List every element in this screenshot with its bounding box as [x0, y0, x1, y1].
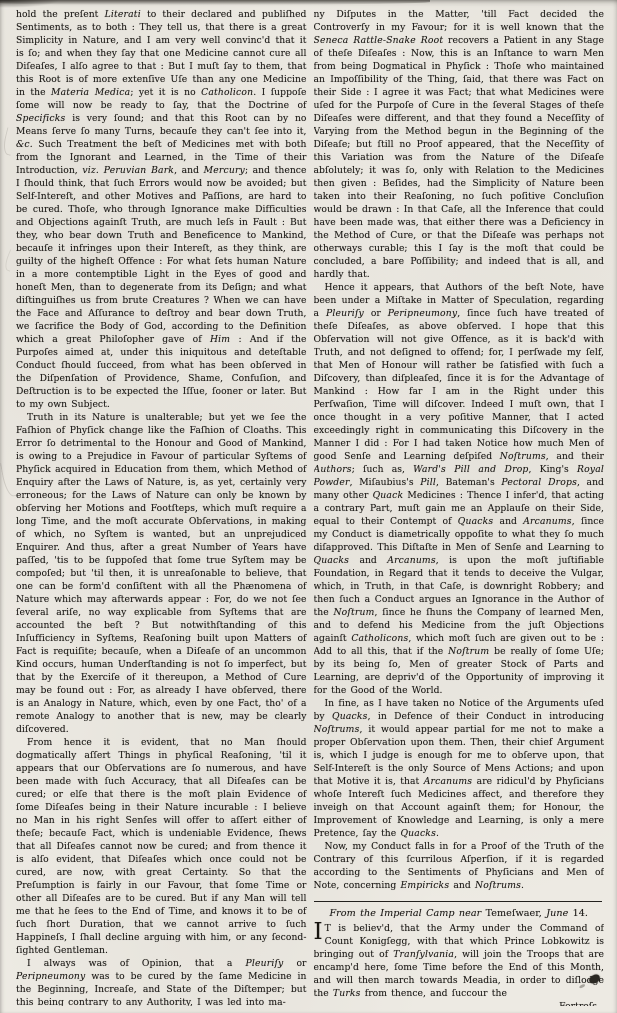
paragraph: Hence it appears, that Authors of the be… — [314, 281, 605, 697]
paragraph: IT is believ'd, that the Army under the … — [314, 922, 605, 1000]
newspaper-page-scan: hold the preſent Literati to their decla… — [0, 0, 617, 1013]
two-column-text-area: hold the preſent Literati to their decla… — [0, 0, 617, 1006]
catchword: Fortreſs — [314, 1000, 605, 1006]
paragraph: hold the preſent Literati to their decla… — [16, 8, 307, 411]
dateline-heading: From the Imperial Camp near Temeſwaer, J… — [314, 907, 605, 920]
left-column: hold the preſent Literati to their decla… — [16, 8, 307, 1006]
paragraph: In fine, as I have taken no Notice of th… — [314, 697, 605, 840]
paragraph: Truth in its Nature is unalterable; but … — [16, 411, 307, 736]
drop-cap-initial: I — [314, 922, 325, 942]
right-column: ny Diſputes in the Matter, 'till Fact de… — [314, 8, 605, 1006]
paragraph: ny Diſputes in the Matter, 'till Fact de… — [314, 8, 605, 281]
paragraph: From hence it is evident, that no Man ſh… — [16, 736, 307, 957]
paragraph: I always was of Opinion, that a Pleuriſy… — [16, 957, 307, 1006]
paragraph: Now, my Conduct falls in for a Proof of … — [314, 840, 605, 892]
section-divider-rule — [314, 901, 603, 902]
